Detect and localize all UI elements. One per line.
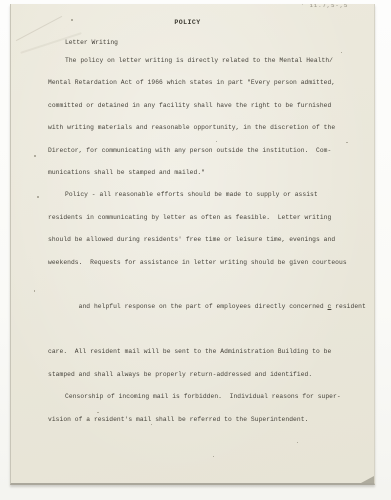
paper-speck [346,142,348,143]
text-segment: and helpful response on the part of empl… [79,303,328,310]
paper-speck [151,424,152,425]
paper-speck [34,290,35,292]
text-line: munications shall be stamped and mailed.… [48,162,364,184]
paper-speck [71,19,73,21]
faint-corner-marking: ' 11.7,5-,5 [301,4,348,9]
text-line: Director, for communicating with any per… [48,140,364,162]
text-line: and helpful response on the part of empl… [48,274,364,341]
text-line: vision of a resident's mail shall be ref… [48,409,364,431]
text-line: should be allowed during residents' free… [48,229,364,251]
paper-speck [213,456,214,457]
text-segment: resident [331,303,365,310]
paper-corner-fold [361,476,374,483]
text-line: weekends. Requests for assistance in let… [48,252,364,274]
text-line: The policy on letter writing is directly… [48,50,364,72]
text-line: residents in communicating by letter as … [48,207,364,229]
paper-speck [97,412,99,413]
document-title: POLICY [11,19,364,26]
document-body: The policy on letter writing is directly… [48,50,364,431]
document-scan: ' 11.7,5-,5 POLICY Letter Writing The po… [0,0,391,500]
document-subtitle: Letter Writing [65,39,118,46]
text-line: stamped and shall always be properly ret… [48,364,364,386]
paper-speck [341,52,342,53]
paper-speck [34,155,36,157]
text-line: Censorship of incoming mail is forbidden… [48,386,364,408]
text-line: Policy - all reasonable efforts should b… [48,184,364,206]
text-line: with writing materials and reasonable op… [48,117,364,139]
paper-speck [37,196,39,198]
paper-speck [216,141,217,142]
text-line: care. All resident mail will be sent to … [48,341,364,363]
text-line: Mental Retardation Act of 1966 which sta… [48,72,364,94]
paper-speck [297,442,298,443]
paper-page: ' 11.7,5-,5 POLICY Letter Writing The po… [10,4,375,485]
text-line: committed or detained in any facility sh… [48,95,364,117]
